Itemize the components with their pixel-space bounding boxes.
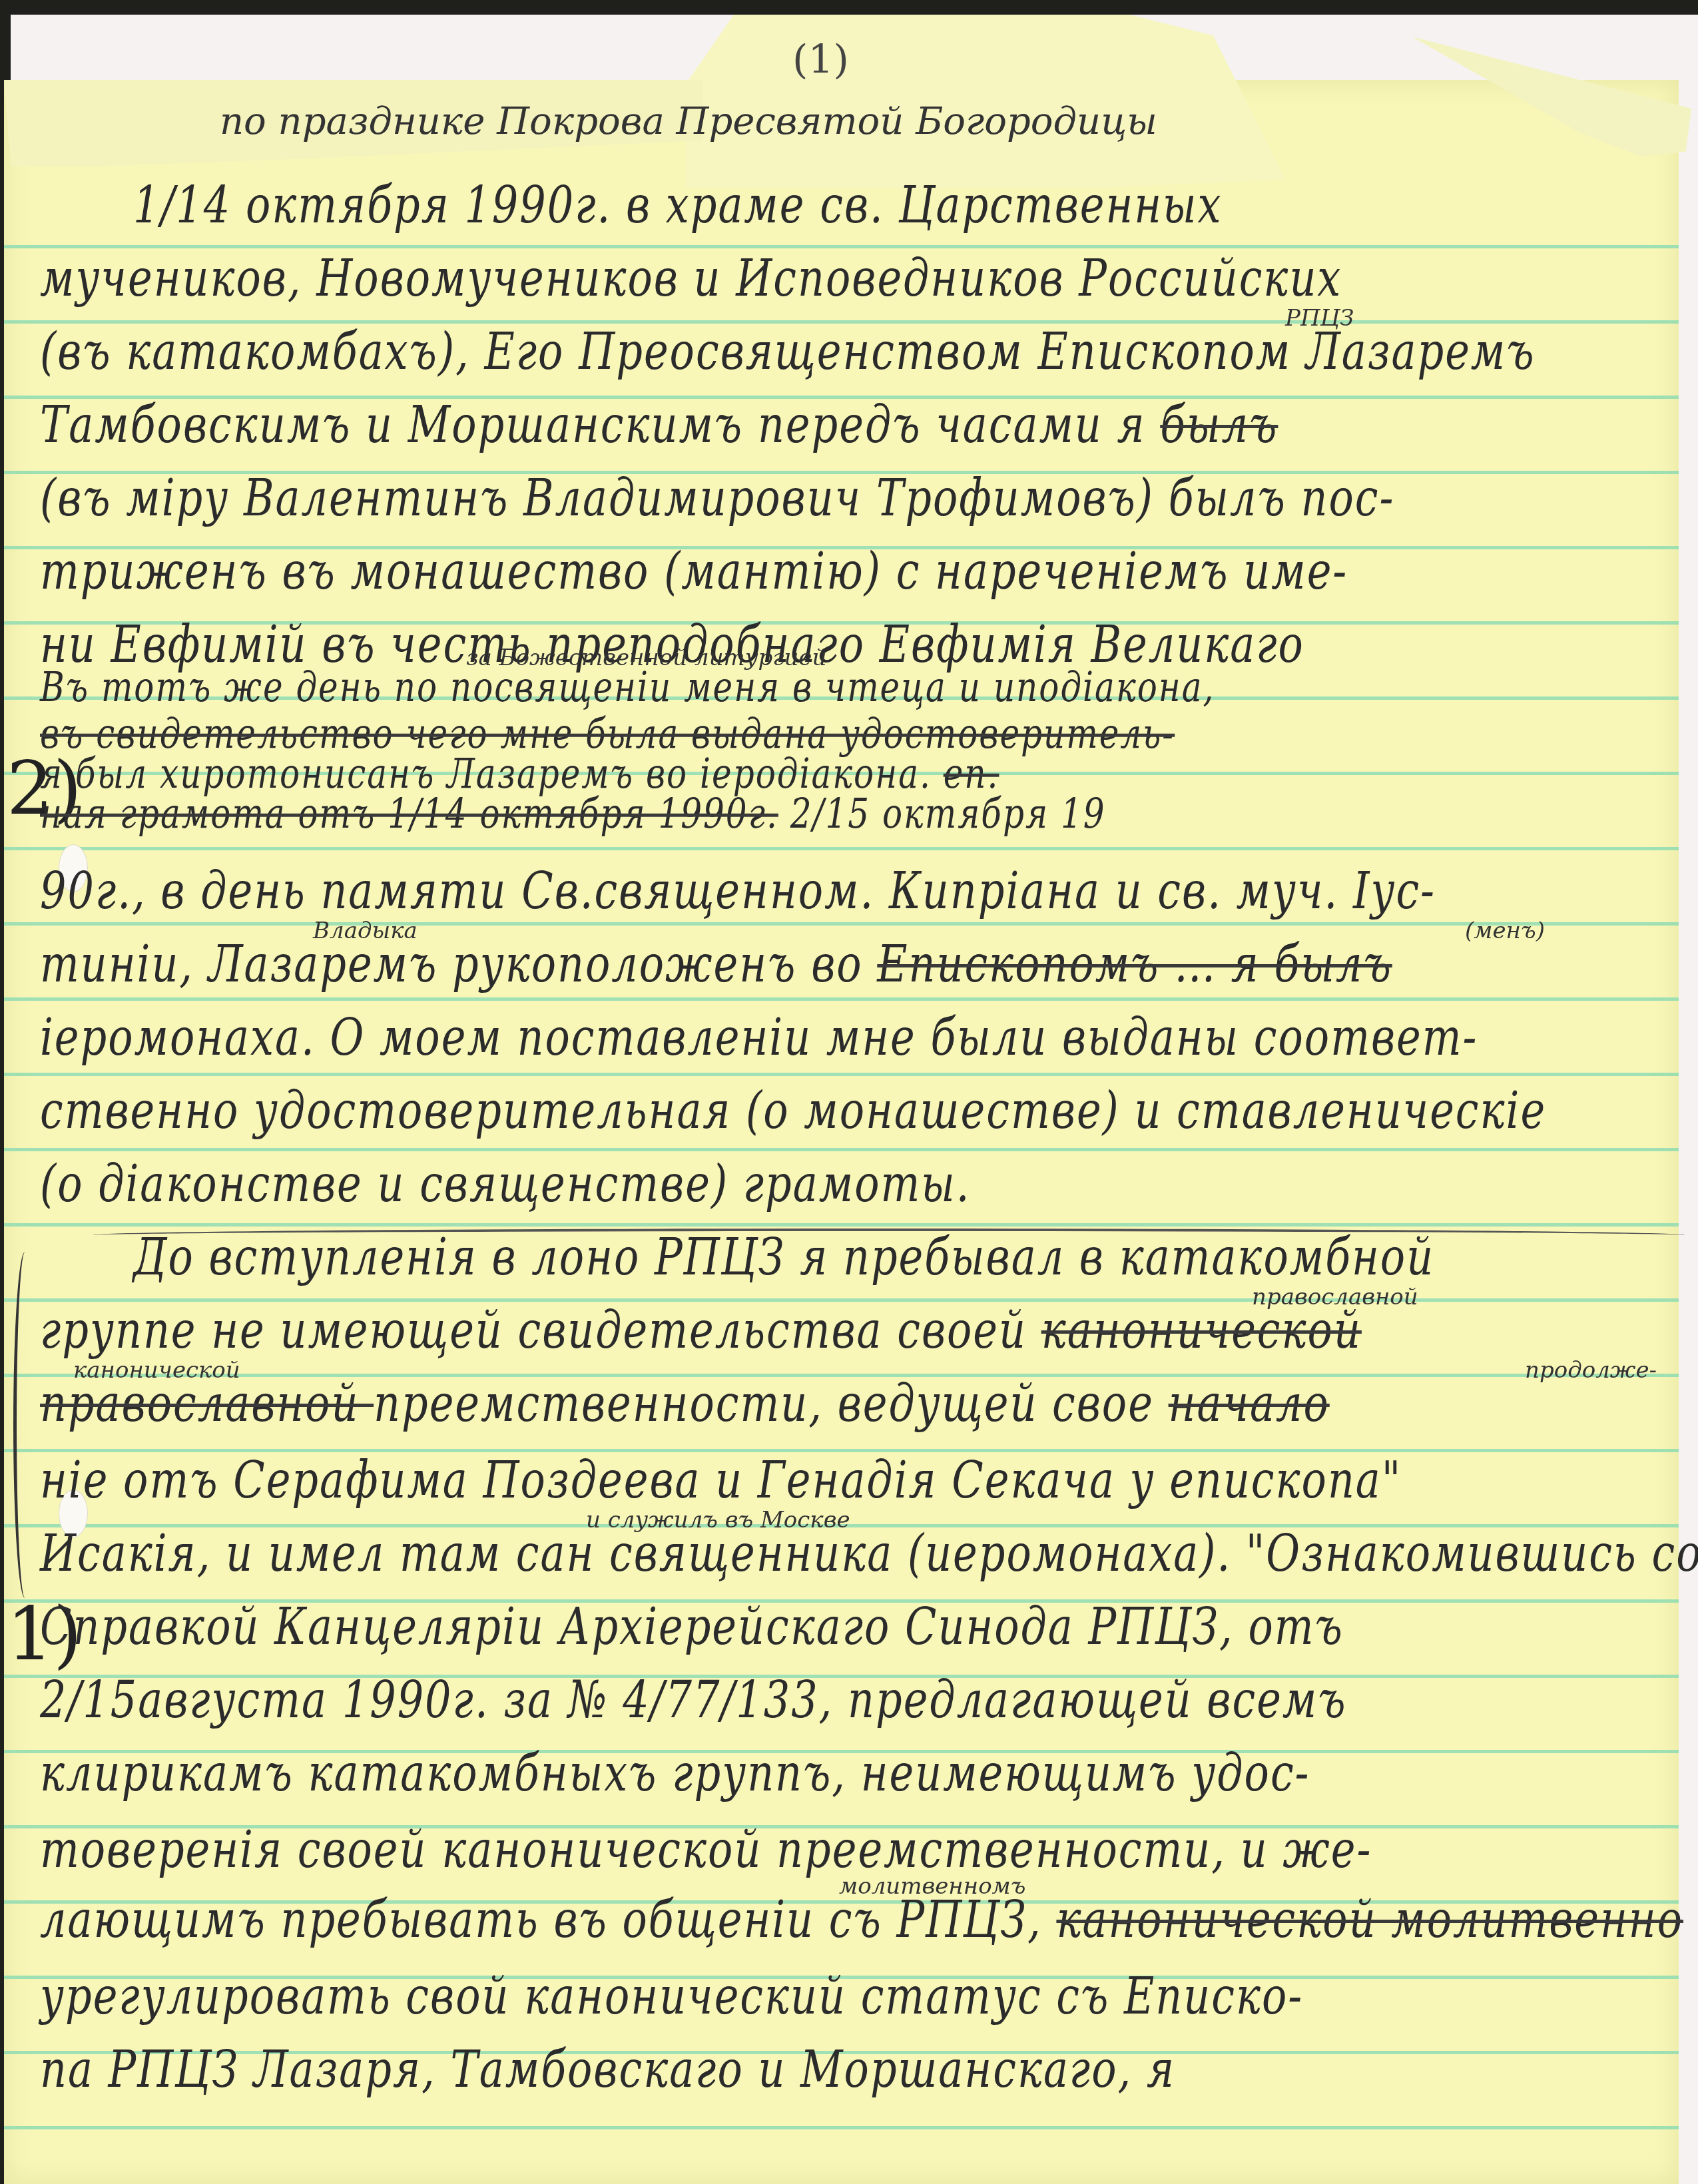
inserted-correction: Владыка <box>313 918 418 944</box>
handwritten-line: ная грамота отъ 1/14 октября 1990г. 2/15… <box>40 790 1106 838</box>
line-text: преемственности, ведущей свое <box>374 1373 1169 1434</box>
inserted-correction: канонической <box>73 1357 240 1384</box>
handwritten-line: нiе отъ Серафима Поздеева и Генадiя Сека… <box>40 1450 1402 1510</box>
handwritten-line: тинiи, Лазаремъ рукоположенъ во Епископо… <box>40 934 1392 994</box>
handwritten-line: Справкой Канцелярiи Архiерейскаго Синода… <box>40 1596 1344 1657</box>
page-number: (1) <box>792 37 849 83</box>
line-text: мучеников, Новомучеников и Исповедников … <box>40 248 1342 308</box>
line-text: Тамбовскимъ и Моршанскимъ передъ часами … <box>40 394 1160 455</box>
ruled-line <box>4 1148 1679 1151</box>
inserted-correction: продолже- <box>1525 1357 1657 1384</box>
ruled-line <box>4 1073 1679 1076</box>
line-text: группе не имеющей свидетельства своей <box>40 1300 1041 1360</box>
handwritten-line: ственно удостоверительная (о монашестве)… <box>40 1080 1546 1141</box>
line-text: урегулировать свой канонический статус с… <box>40 1966 1303 2026</box>
struck-text: начало <box>1169 1373 1330 1434</box>
struck-text: канонической молитвенно <box>1056 1889 1683 1950</box>
line-text: 90г., в день памяти Св.священном. Кипрiа… <box>40 860 1436 921</box>
handwritten-line: До вступленiя в лоно РПЦЗ я пребывал в к… <box>133 1227 1434 1287</box>
handwritten-line: 1/14 октября 1990г. в храме св. Царствен… <box>133 174 1223 235</box>
line-text: клирикамъ катакомбныхъ группъ, неимеющим… <box>40 1743 1310 1803</box>
line-text: (въ мiру Валентинъ Владимирович Трофимов… <box>40 467 1395 528</box>
line-text: До вступленiя в лоно РПЦЗ я пребывал в к… <box>133 1227 1434 1287</box>
handwritten-line: Тамбовскимъ и Моршанскимъ передъ часами … <box>40 394 1278 455</box>
line-text: 2/15августа 1990г. за № 4/77/133, предла… <box>40 1669 1347 1730</box>
line-text: ственно удостоверительная (о монашестве)… <box>40 1080 1546 1141</box>
ruled-line <box>4 922 1679 926</box>
line-text: 2/15 октября 19 <box>778 790 1106 838</box>
line-text: тинiи, Лазаремъ рукоположенъ во <box>40 934 877 994</box>
line-text: Исакiя, и имел там сан священника (иером… <box>40 1523 1698 1583</box>
struck-text: Епископомъ … я былъ <box>877 934 1392 994</box>
inserted-correction: и служилъ въ Москве <box>586 1507 850 1533</box>
line-text: триженъ въ монашество (мантiю) с наречен… <box>40 541 1348 601</box>
handwritten-line: клирикамъ катакомбныхъ группъ, неимеющим… <box>40 1743 1310 1803</box>
handwritten-line: триженъ въ монашество (мантiю) с наречен… <box>40 541 1348 601</box>
ruled-line <box>4 997 1679 1001</box>
struck-text: ная грамота отъ 1/14 октября 1990г. <box>40 790 778 838</box>
inserted-correction: (менъ) <box>1465 918 1545 944</box>
handwritten-line: мучеников, Новомучеников и Исповедников … <box>40 248 1342 308</box>
handwritten-line: группе не имеющей свидетельства своей ка… <box>40 1300 1362 1360</box>
handwritten-line: (въ мiру Валентинъ Владимирович Трофимов… <box>40 467 1395 528</box>
ruled-line <box>4 847 1679 850</box>
inserted-correction: православной <box>1252 1284 1418 1310</box>
document-title: по празднике Покрова Пресвятой Богородиц… <box>220 100 1157 143</box>
line-text: Справкой Канцелярiи Архiерейскаго Синода… <box>40 1596 1344 1657</box>
line-text: 1/14 октября 1990г. в храме св. Царствен… <box>133 174 1223 235</box>
handwritten-line: 2/15августа 1990г. за № 4/77/133, предла… <box>40 1669 1347 1730</box>
handwritten-line: урегулировать свой канонический статус с… <box>40 1966 1303 2026</box>
handwritten-line: Исакiя, и имел там сан священника (иером… <box>40 1523 1698 1583</box>
handwritten-line: iеромонаха. О моем поставленiи мне были … <box>40 1007 1478 1067</box>
line-text: нiе отъ Серафима Поздеева и Генадiя Сека… <box>40 1450 1402 1510</box>
handwritten-line: па РПЦЗ Лазаря, Тамбовскаго и Моршанскаг… <box>40 2039 1175 2099</box>
line-text: па РПЦЗ Лазаря, Тамбовскаго и Моршанскаг… <box>40 2039 1175 2099</box>
handwritten-line: 90г., в день памяти Св.священном. Кипрiа… <box>40 860 1436 921</box>
inserted-correction: молитвенномъ <box>839 1873 1025 1900</box>
bracket-mark <box>13 1252 37 1598</box>
inserted-correction: за Божественной литургией <box>466 645 826 671</box>
handwritten-line: (о дiаконстве и священстве) грамоты. <box>40 1153 971 1214</box>
struck-text: былъ <box>1160 394 1278 455</box>
ruled-line <box>4 2126 1679 2129</box>
handwritten-line: товеренiя своей канонической преемственн… <box>40 1819 1372 1880</box>
line-text: (о дiаконстве и священстве) грамоты. <box>40 1153 971 1214</box>
line-text: iеромонаха. О моем поставленiи мне были … <box>40 1007 1478 1067</box>
line-text: товеренiя своей канонической преемственн… <box>40 1819 1372 1880</box>
inserted-correction: РПЦЗ <box>1285 305 1354 332</box>
